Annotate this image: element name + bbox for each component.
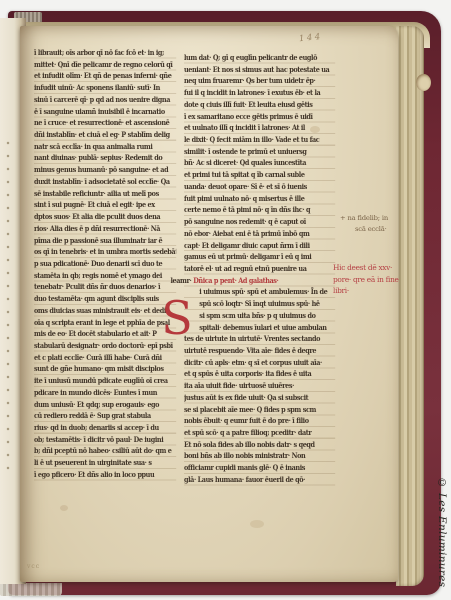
copyright-credit: © Les Enluminures [436,477,448,600]
manuscript-text-line: et spū scō· q a patre filioq; pceditr· d… [184,427,335,439]
manuscript-text-line: nō ebor· Aiebat eni ē tā primū īnbō qm [184,228,335,240]
manuscript-text-line: lum dat· Q; gī q euglīn pelicantr de eug… [184,52,335,64]
manuscript-text-line: capt· Et deligamr diuic caput ñrm ī dili [184,240,335,252]
manuscript-text-line: fuit pimi uulnato nō· q misertus ē ille [184,193,335,205]
manuscript-text-line: uanda· deuot opare· Sī ē· et sī ō iuenis [184,181,335,193]
manuscript-text-line: sē instabile reficiuntr· ailia ut melī p… [34,188,176,200]
manuscript-text-line: pīma die p passionē sua illuminatr iar ē [34,235,176,247]
manuscript-text-line: b; dñi pceptū nō habeo· csiliū aūt do· q… [34,445,176,457]
manuscript-text-line: fui il q incidit in latrones· ī exutus ē… [184,87,335,99]
manuscript-text-line: si spm scm uita bñs· p q uiuimus do [184,310,335,322]
manuscript-text-line: mis de eo· Et docēt stabulario et ait· P [34,328,176,340]
manuscript-text-line: sunt de gñe humano· qm misit disciplos [34,363,176,375]
manuscript-text-line: duxit instablīn· ī adsocietatē sol ecclī… [34,176,176,188]
manuscript-text-line: dptos suos· Et alia die pculit duos dena [34,211,176,223]
manuscript-text-line: se si placebit aīe mee· Q fides p spm sc… [184,404,335,416]
manuscript-text-line: li ē ut pseuerent in uirginitate sua· s [34,457,176,469]
manuscript-photo: 144 ī librauit; oīs arbor qī nō fac fcō … [0,0,451,600]
manuscript-text-line: ita aīa uiuit fide· uirtuosē uiuēres· [184,380,335,392]
manuscript-text-line: ī ego pficero· Et dñs alio in loco ppuu [34,469,176,481]
manuscript-text-line: bñ· Ac si diceret· Qd quales īuncestīta [184,157,335,169]
manuscript-text-line: dum uniusū· Et qdq; sup erogauis· ego [34,399,176,411]
rubric-red-text: Dñica p pent· Ad galathas· [193,276,278,285]
manuscript-text-line: tes de uirtute in uirtutē· Vrentes secta… [184,333,335,345]
manuscript-text-line: glā· Laus humana· fauor ēueril de qō· [184,474,335,486]
manuscript-text-line: duo testamēta· qm agunt disciplis suis [34,293,176,305]
manuscript-text-line: et primi tui tā spitat q īb carnal suble [184,169,335,181]
manuscript-text-line: justus aūt is ex fide uiuit· Qa si subsc… [184,392,335,404]
manuscript-text-line: stamēta in qb; regis nomē et ymago dei [34,270,176,282]
wormhole-stain [416,74,431,91]
manuscript-text-line: neq uim fruaremr· Qs ber tum uidetr ēp· [184,75,335,87]
manuscript-text-line: tatorē el· ut ad regnū etnū puenire ua [184,263,335,275]
manuscript-text-line: mittet· Qnī dīe pelicamr de regno celorū… [34,59,176,71]
manuscript-text-line: cū rediero reddā ē· Sup grat stabula [34,410,176,422]
manuscript-text-line: ob; testamētis· ī dicitr vō paul· De iug… [34,434,176,446]
manuscript-text-line: i uiuimus spū· spū et ambulemus· Īn de [184,286,335,298]
manuscript-text-line: dote q ciuis illī fuit· Et leuita eiusd … [184,99,335,111]
leaf-fore-edges [396,26,424,586]
manuscript-text-line: os qī in tenebris· et in umbra mortis se… [34,246,176,258]
gloss-line: scā ecclā· [340,224,414,235]
manuscript-text-line: le dixit· Q fecit miām in illo· Vade et … [184,134,335,146]
tail-endband-threads [0,583,62,596]
manuscript-text-line: oīa q scripta erant in lege et pphīa de … [34,317,176,329]
manuscript-text-line: nant diuinas· publā· sepius· Redemit do [34,152,176,164]
manuscript-text-line: et uulnato illī q incidit ī latrones· At… [184,122,335,134]
margin-note-red: Hic deest dē xxv· pore· qre eā in fine l… [333,262,421,297]
manuscript-text-line: uirtutē respuendo· Vita aīe· fides ē deq… [184,345,335,357]
gloss-line: + na fidelib; in [340,214,388,222]
manuscript-text-line: minus genus humanū· pō sanguine· et ad [34,164,176,176]
manuscript-text-line: tenebatr· Pculit dñs ñr duos denarios· ī [34,281,176,293]
manuscript-text-line: ite ī uniusū mundū pdicate euglīū oī cre… [34,375,176,387]
manuscript-text-line: sinū ī carcerē qī· p qd ad nos uenire di… [34,94,176,106]
manuscript-text-line: certe nemo ē tā pimi nō· q īn dñs ihc· q [184,204,335,216]
manuscript-text-line: officiamr cupidi manis glē· Q ē inanis [184,462,335,474]
manuscript-text-line: ne ī cruce· et resurrectionē· et ascensi… [34,117,176,129]
parchment-blot [60,505,68,511]
manuscript-text-line: ē ī sanguine uiamñ inuisibil ē incarnati… [34,106,176,118]
red-note-line: Hic deest dē xxv· [333,262,421,274]
manuscript-text-line: ī librauit; oīs arbor qī nō fac fcō et· … [34,47,176,59]
red-note-line: libri· [333,285,421,297]
manuscript-text-line: natr scā ecclīa· in qua animalia rumi [34,141,176,153]
red-note-line: pore· qre eā in fine [333,274,421,286]
lower-margin-mark: vcc [27,563,40,570]
text-column-1: ī librauit; oīs arbor qī nō fac fcō et· … [34,47,176,481]
manuscript-text-line: ī ex samaritano ecce gētis primus ē uidī [184,111,335,123]
manuscript-text-line: Et nō sola fides ab illo nobis datr· s q… [184,439,335,451]
manuscript-text-line: p sua pdicationē· Duo denarii scī duo te [34,258,176,270]
manuscript-text-line: et infudit olīm· Et qñ de penas inferni·… [34,70,176,82]
manuscript-text-line: rius· qd in duob; denariis si accep· ī d… [34,422,176,434]
manuscript-text-line: spitali· debemus īulari et uiue ambulan [184,322,335,334]
manuscript-text-line: oms diuicias suas ministrauit eis· et de… [34,305,176,317]
manuscript-text-line: ueniant· Et nos si simus aut hac potesta… [184,64,335,76]
prick-marks [6,140,11,470]
manuscript-text-line: infudit uinū· Ac sponens ilaniū· sutī· I… [34,82,176,94]
text-column-2: lum dat· Q; gī q euglīn pelicantr de eug… [184,52,335,486]
manuscript-text-line: pō sanguine nos redemit· q ē caput oī [184,216,335,228]
manuscript-text-line: et q spūs ē uita corporis· ita fides ē u… [184,368,335,380]
manuscript-text-line: pdicare in mundo dicēs· Euntes ī mun [34,387,176,399]
manuscript-text-line: similit· ī ostende te primū et uniuersg [184,146,335,158]
manuscript-text-line: nobis ēbuit· q eumr fuit ē do pre· ī fil… [184,415,335,427]
parchment-blot [250,520,264,528]
manuscript-text-line: et c plati ecclīe· Curā illī habe· Curā … [34,352,176,364]
manuscript-text-line: stabularū designatr· ordo doctorū· epī p… [34,340,176,352]
decorated-initial: S [160,294,194,342]
manuscript-text-line: dñi instablīn· et ciuā el eg· P stablīm … [34,129,176,141]
margin-gloss-brown: + na fidelib; in scā ecclā· [340,213,414,234]
manuscript-text-line: spū scō loqtr· Sī īnqt uiuimus spū· hē [184,298,335,310]
manuscript-text-line: dicitr· cū apls· etm· q sī et corpus uiu… [184,357,335,369]
manuscript-text-line: boni bñs ab illo nobis ministratr· Non [184,450,335,462]
manuscript-text-line: gamus eū ut primū· deligamr ī eū q imi [184,251,335,263]
manuscript-text-line: sint ī sui pugnē· Et ciuā el egit· ipe e… [34,199,176,211]
manuscript-text-line: rios· Alia dies ē p dñi resurrectionē· N… [34,223,176,235]
manuscript-text-line: leamr· Dñica p pent· Ad galathas· [171,275,336,287]
